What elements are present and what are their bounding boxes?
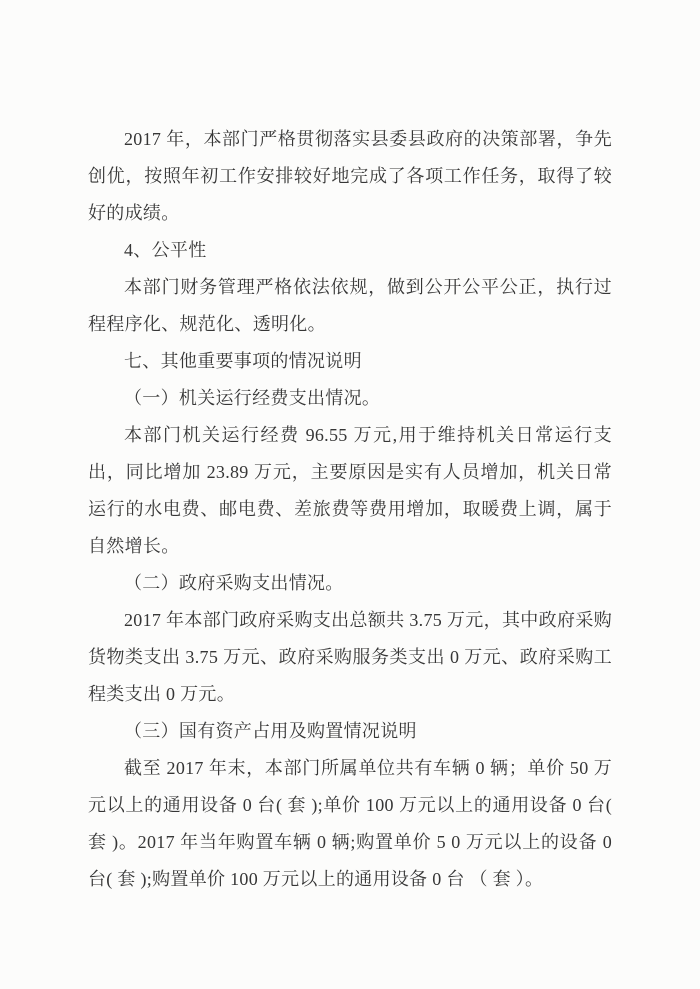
document-page: 2017 年，本部门严格贯彻落实县委县政府的决策部署，争先创优，按照年初工作安排… [0,0,700,989]
heading-fairness: 4、公平性 [88,232,612,269]
subsection-heading-state-assets: （三）国有资产占用及购置情况说明 [88,713,612,750]
paragraph-government-procurement: 2017 年本部门政府采购支出总额共 3.75 万元，其中政府采购货物类支出 3… [88,602,612,713]
paragraph-fairness: 本部门财务管理严格依法依规，做到公开公平公正，执行过程程序化、规范化、透明化。 [88,269,612,343]
subsection-heading-operating-expenses: （一）机关运行经费支出情况。 [88,380,612,417]
paragraph-operating-expenses: 本部门机关运行经费 96.55 万元,用于维持机关日常运行支出，同比增加 23.… [88,417,612,565]
paragraph-state-assets: 截至 2017 年末，本部门所属单位共有车辆 0 辆；单价 50 万元以上的通用… [88,750,612,898]
section-heading-other-important-matters: 七、其他重要事项的情况说明 [88,343,612,380]
document-text-block: 2017 年，本部门严格贯彻落实县委县政府的决策部署，争先创优，按照年初工作安排… [88,121,612,898]
subsection-heading-government-procurement: （二）政府采购支出情况。 [88,565,612,602]
paragraph-achievements: 2017 年，本部门严格贯彻落实县委县政府的决策部署，争先创优，按照年初工作安排… [88,121,612,232]
